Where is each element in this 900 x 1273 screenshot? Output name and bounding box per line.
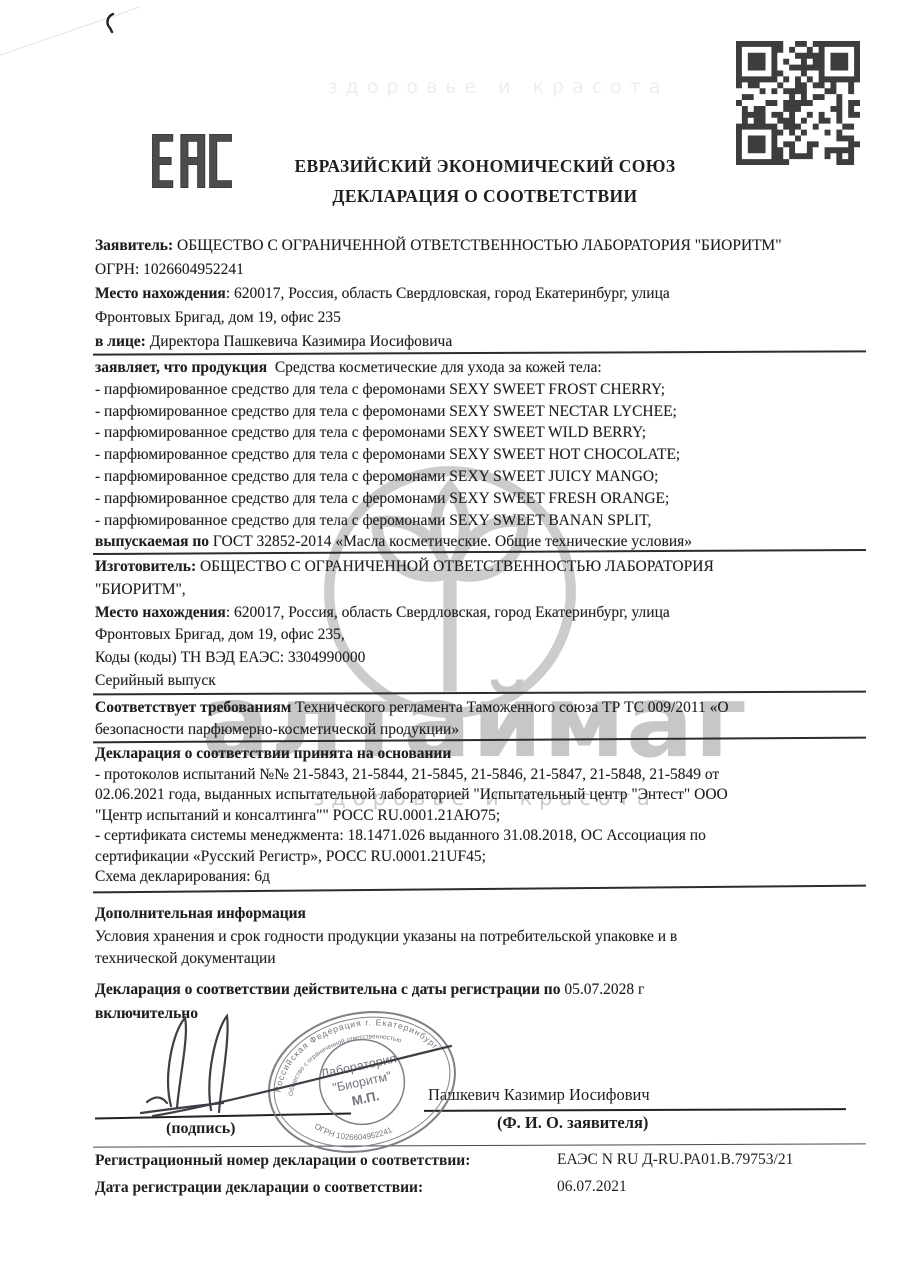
additional-heading: Дополнительная информация: [95, 903, 870, 926]
compliance-line1: Соответствует требованиям Технического р…: [95, 697, 870, 719]
product-item: - парфюмированное средство для тела с фе…: [95, 422, 870, 444]
basis-heading-text: Декларация о соответствии принята на осн…: [95, 745, 451, 762]
title-union: ЕВРАЗИЙСКИЙ ЭКОНОМИЧЕСКИЙ СОЮЗ: [95, 151, 875, 181]
registration-date-label: Дата регистрации декларации о соответств…: [95, 1179, 423, 1197]
applicant-address-label: Место нахождения: [95, 285, 226, 302]
divider-6: [93, 1143, 866, 1147]
product-item: - парфюмированное средство для тела с фе…: [95, 401, 870, 423]
basis-line: "Центр испытаний и консалтинга"" РОСС RU…: [95, 806, 870, 827]
applicant-name-line: Заявитель: ОБЩЕСТВО С ОГРАНИЧЕННОЙ ОТВЕТ…: [95, 234, 870, 258]
declaration-document: алтаймаг здоровье и красота здоровье и к…: [0, 0, 900, 1273]
manufacturer-serial-line: Серийный выпуск: [95, 670, 870, 693]
products-section: заявляет, что продукция Средства космети…: [95, 357, 870, 553]
validity-line1: Декларация о соответствии действительна …: [95, 978, 870, 1002]
registration-number-value: ЕАЭС N RU Д-RU.РА01.В.79753/21: [557, 1151, 793, 1169]
title-declaration: ДЕКЛАРАЦИЯ О СООТВЕТСТВИИ: [95, 181, 875, 211]
document-title: ЕВРАЗИЙСКИЙ ЭКОНОМИЧЕСКИЙ СОЮЗ ДЕКЛАРАЦИ…: [95, 151, 875, 211]
product-item: - парфюмированное средство для тела с фе…: [95, 379, 870, 401]
applicant-person-name: Директора Пашкевича Казимира Иосифовича: [146, 333, 452, 350]
compliance-section: Соответствует требованиям Технического р…: [95, 697, 870, 740]
scan-artifact-mark: [101, 11, 121, 37]
applicant-address-line2: Фронтовых Бригад, дом 19, офис 235: [95, 306, 870, 330]
basis-scheme-line: Схема декларирования: 6д: [95, 867, 870, 888]
manufacturer-section: Изготовитель: ОБЩЕСТВО С ОГРАНИЧЕННОЙ ОТ…: [95, 556, 870, 693]
manufacturer-address-line1: Место нахождения: 620017, Россия, област…: [95, 602, 870, 625]
basis-line: - протоколов испытаний №№ 21-5843, 21-58…: [95, 765, 870, 786]
product-item: - парфюмированное средство для тела с фе…: [95, 444, 870, 466]
manufacturer-label: Изготовитель:: [95, 558, 196, 575]
product-item: - парфюмированное средство для тела с фе…: [95, 466, 870, 488]
basis-line: 02.06.2021 года, выданных испытательной …: [95, 785, 870, 806]
products-intro-line: заявляет, что продукция Средства космети…: [95, 357, 870, 379]
applicant-section: Заявитель: ОБЩЕСТВО С ОГРАНИЧЕННОЙ ОТВЕТ…: [95, 234, 870, 354]
applicant-person-label: в лице:: [95, 333, 146, 350]
basis-heading: Декларация о соответствии принята на осн…: [95, 744, 870, 765]
product-item: - парфюмированное средство для тела с фе…: [95, 510, 870, 532]
basis-section: Декларация о соответствии принята на осн…: [95, 744, 870, 888]
manufacturer-codes-line: Коды (коды) ТН ВЭД ЕАЭС: 3304990000: [95, 647, 870, 670]
products-intro: Средства косметические для ухода за коже…: [267, 359, 602, 376]
applicant-address-text: : 620017, Россия, область Свердловская, …: [226, 285, 670, 302]
manufacturer-name-line2: "БИОРИТМ",: [95, 579, 870, 602]
name-underline: [424, 1108, 846, 1112]
handwritten-signature: [133, 1006, 463, 1121]
watermark-tagline-top: здоровье и красота: [298, 76, 698, 98]
signature-caption: (подпись): [166, 1120, 236, 1138]
additional-heading-text: Дополнительная информация: [95, 905, 306, 922]
manufacturer-name: ОБЩЕСТВО С ОГРАНИЧЕННОЙ ОТВЕТСТВЕННОСТЬЮ…: [196, 558, 714, 575]
additional-line2: технической документации: [95, 948, 870, 971]
products-gost-text: ГОСТ 32852-2014 «Масла косметические. Об…: [209, 533, 692, 550]
additional-line1: Условия хранения и срок годности продукц…: [95, 926, 870, 949]
manufacturer-address-text: : 620017, Россия, область Свердловская, …: [226, 604, 670, 621]
manufacturer-name-line1: Изготовитель: ОБЩЕСТВО С ОГРАНИЧЕННОЙ ОТ…: [95, 556, 870, 579]
compliance-label: Соответствует требованиям: [95, 699, 291, 716]
basis-line: - сертификата системы менеджмента: 18.14…: [95, 826, 870, 847]
basis-line: сертификации «Русский Регистр», РОСС RU.…: [95, 847, 870, 868]
products-gost-label: выпускаемая по: [95, 533, 209, 550]
additional-info-section: Дополнительная информация Условия хранен…: [95, 903, 870, 971]
applicant-ogrn-line: ОГРН: 1026604952241: [95, 258, 870, 282]
registration-date-value: 06.07.2021: [557, 1178, 627, 1196]
compliance-text1: Технического регламента Таможенного союз…: [291, 699, 728, 716]
applicant-address-line1: Место нахождения: 620017, Россия, област…: [95, 282, 870, 306]
applicant-name: ОБЩЕСТВО С ОГРАНИЧЕННОЙ ОТВЕТСТВЕННОСТЬЮ…: [173, 237, 781, 254]
manufacturer-address-line2: Фронтовых Бригад, дом 19, офис 235,: [95, 624, 870, 647]
product-item: - парфюмированное средство для тела с фе…: [95, 488, 870, 510]
applicant-label: Заявитель:: [95, 237, 173, 254]
fio-caption: (Ф. И. О. заявителя): [497, 1113, 648, 1133]
validity-date: 05.07.2028 г: [560, 981, 644, 998]
products-label: заявляет, что продукция: [95, 359, 267, 376]
manufacturer-address-label: Место нахождения: [95, 604, 226, 621]
qr-code: [736, 41, 860, 165]
